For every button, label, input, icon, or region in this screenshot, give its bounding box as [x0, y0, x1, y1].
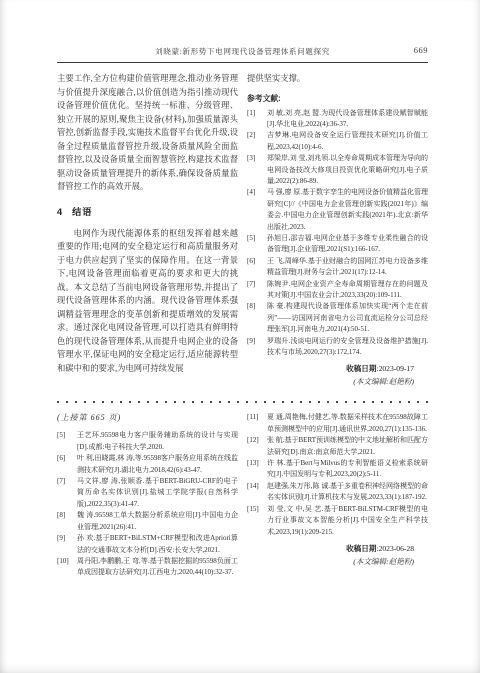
page-number: 669: [414, 45, 428, 55]
reference-item: [9]孙 欢.基于BERT+BiLSTM+CRF模型和改进Apriori算法的交…: [57, 533, 238, 556]
reference-item: [14]赵建强,朱万彤,陈 诚.基于多重卷积神经网络模型的命名实体识别[J].计…: [247, 481, 428, 504]
reference-item: [8]魏 涛.95598工单大数据分析系统应用[J].中国电力企业管理,2021…: [57, 510, 238, 533]
reference-item: [7]陈婉尹.电网企业资产全寿命周期管理存在的问题及其对策[J].中国农业会计,…: [247, 279, 428, 302]
journal-page: 刘晓蒙:新形势下电网现代设备管理体系问题探究 669 主要工作,全方位构建价值管…: [0, 0, 480, 673]
received-label: 收稿日期: [346, 544, 376, 553]
received-date-line: 收稿日期:2023-06-28: [247, 542, 414, 555]
continued-note: (上接第 665 页): [57, 412, 238, 423]
continued-right-column: [11]夏 通,周艳梅,付健艺,等.数据采样技术在95598故障工单预测模型中的…: [247, 412, 428, 578]
reference-id: [10]: [57, 556, 77, 579]
reference-item: [15]刘 莹,文 中,吴 艺.基于BERT-BiLSTM-CRF模型的电力行业…: [247, 504, 428, 538]
received-block-continued: 收稿日期:2023-06-28 (本文编辑:赵艳粉): [247, 542, 428, 568]
reference-text: 孙旭日,邵吉福.电网企业基于多维专业柔性融合的设备管理[J].企业管理,2021…: [267, 233, 428, 256]
reference-id: [13]: [247, 458, 267, 481]
reference-item: [3]郑梁岸,刘 莹,刘兆领.以全寿命周期成本管理为导向的电网设备技改大修项目投…: [247, 153, 428, 187]
running-head: 刘晓蒙:新形势下电网现代设备管理体系问题探究 669: [57, 46, 428, 58]
page-content: 刘晓蒙:新形势下电网现代设备管理体系问题探究 669 主要工作,全方位构建价值管…: [57, 46, 428, 579]
reference-text: 王 飞,周峰华.基于业财融合的国网江苏电力设备多维精益管理[J].财务与会计,2…: [267, 256, 428, 279]
reference-text: 陈 豪.构建现代设备管理体系加快实现“两个走在前列”——访国网河南省电力公司直流…: [267, 301, 428, 335]
reference-id: [6]: [57, 453, 77, 476]
reference-text: 孙 欢.基于BERT+BiLSTM+CRF模型和改进Apriori算法的交通事故…: [77, 533, 238, 556]
section-title: 结语: [72, 207, 92, 217]
reference-id: [15]: [247, 504, 267, 538]
reference-text: 王艺环.95598电力客户服务辅助系统的设计与实现[D].成都:电子科技大学,2…: [77, 430, 238, 453]
reference-item: [6]王 飞,周峰华.基于业财融合的国网江苏电力设备多维精益管理[J].财务与会…: [247, 256, 428, 279]
reference-text: 马 强,廖 原.基于数字孪生的电网设备价值精益化管理研究[C]//《中国电力企业…: [267, 187, 428, 233]
article-columns: 主要工作,全方位构建价值管理理念,推动业务管理与价值提升深度融合,以价值创造为指…: [57, 72, 428, 388]
reference-text: 许 林.基于Bert与Milvus的专利智能语义检索系统研究[J].中国发明与专…: [267, 458, 428, 481]
article-right-column: 提供坚实支撑。 参考文献: [1]刘 敏,刘 亮,赵 盟.为现代设备管理体系建设…: [247, 72, 428, 388]
reference-text: 陈婉尹.电网企业资产全寿命周期管理存在的问题及其对策[J].中国农业会计,202…: [267, 279, 428, 302]
reference-item: [11]夏 通,周艳梅,付健艺,等.数据采样技术在95598故障工单预测模型中的…: [247, 412, 428, 435]
reference-item: [9]罗瑞升.浅谈电网运行的安全管理及设备维护措施[J].技术与市场,2020,…: [247, 336, 428, 359]
reference-item: [13]许 林.基于Bert与Milvus的专利智能语义检索系统研究[J].中国…: [247, 458, 428, 481]
received-block-main: 收稿日期:2023-09-17 (本文编辑:赵艳粉): [247, 362, 428, 388]
references-continued-left: [5]王艺环.95598电力客户服务辅助系统的设计与实现[D].成都:电子科技大…: [57, 430, 238, 578]
reference-id: [5]: [247, 233, 267, 256]
continued-left-column: (上接第 665 页) [5]王艺环.95598电力客户服务辅助系统的设计与实现…: [57, 412, 238, 578]
reference-id: [2]: [247, 130, 267, 153]
reference-item: [4]马 强,廖 原.基于数字孪生的电网设备价值精益化管理研究[C]//《中国电…: [247, 187, 428, 233]
reference-item: [5]王艺环.95598电力客户服务辅助系统的设计与实现[D].成都:电子科技大…: [57, 430, 238, 453]
reference-text: 叶 利,田晓霞,林 涛,等.95598客户服务应用系统在线监测技术研究[J].湖…: [77, 453, 238, 476]
reference-item: [5]孙旭日,邵吉福.电网企业基于多维专业柔性融合的设备管理[J].企业管理,2…: [247, 233, 428, 256]
reference-id: [8]: [57, 510, 77, 533]
conclusion-paragraph-end: 提供坚实支撑。: [247, 72, 428, 86]
continued-columns: (上接第 665 页) [5]王艺环.95598电力客户服务辅助系统的设计与实现…: [57, 412, 428, 578]
reference-text: 郑梁岸,刘 莹,刘兆领.以全寿命周期成本管理为导向的电网设备技改大修项目投资优化…: [267, 153, 428, 187]
reference-text: 刘 莹,文 中,吴 艺.基于BERT-BiLSTM-CRF模型的电力行业事故文本…: [267, 504, 428, 538]
references-continued-right: [11]夏 通,周艳梅,付健艺,等.数据采样技术在95598故障工单预测模型中的…: [247, 412, 428, 537]
reference-text: 吉梦琳.电网设备安全运行管理技术研究[J].价值工程,2023,42(10):4…: [267, 130, 428, 153]
reference-id: [3]: [247, 153, 267, 187]
reference-text: 罗瑞升.浅谈电网运行的安全管理及设备维护措施[J].技术与市场,2020,27(…: [267, 336, 428, 359]
section-heading: 4结语: [57, 204, 238, 218]
received-label: 收稿日期: [346, 364, 376, 373]
running-head-title: 刘晓蒙:新形势下电网现代设备管理体系问题探究: [57, 46, 428, 57]
reference-id: [14]: [247, 481, 267, 504]
reference-id: [7]: [247, 279, 267, 302]
reference-text: 刘 敏,刘 亮,赵 盟.为现代设备管理体系建设赋智赋能[J].华北电业,2022…: [267, 108, 428, 131]
reference-item: [6]叶 利,田晓霞,林 涛,等.95598客户服务应用系统在线监测技术研究[J…: [57, 453, 238, 476]
reference-id: [7]: [57, 476, 77, 510]
reference-id: [9]: [247, 336, 267, 359]
reference-text: 马文祥,廖 涛,张顺香.基于BERT-BiGRU-CRF的电子简历命名实体识别[…: [77, 476, 238, 510]
reference-text: 魏 涛.95598工单大数据分析系统应用[J].中国电力企业管理,2021(26…: [77, 510, 238, 533]
editor-note: (本文编辑:赵艳粉): [247, 555, 414, 568]
reference-text: 张 航.基于BERT预训练模型的中文地址解析和匹配方法研究[D].南京:南京师范…: [267, 435, 428, 458]
reference-text: 周丹阳,李鹏鹏,王 弯,等.基于数据挖掘的95598负面工单成因提取方法研究[J…: [77, 556, 238, 579]
reference-id: [6]: [247, 256, 267, 279]
reference-item: [10]周丹阳,李鹏鹏,王 弯,等.基于数据挖掘的95598负面工单成因提取方法…: [57, 556, 238, 579]
reference-id: [1]: [247, 108, 267, 131]
received-date-line: 收稿日期:2023-09-17: [247, 362, 414, 375]
article-left-column: 主要工作,全方位构建价值管理理念,推动业务管理与价值提升深度融合,以价值创造为指…: [57, 72, 238, 388]
reference-id: [12]: [247, 435, 267, 458]
reference-id: [11]: [247, 412, 267, 435]
reference-id: [4]: [247, 187, 267, 233]
reference-item: [2]吉梦琳.电网设备安全运行管理技术研究[J].价值工程,2023,42(10…: [247, 130, 428, 153]
reference-item: [7]马文祥,廖 涛,张顺香.基于BERT-BiGRU-CRF的电子简历命名实体…: [57, 476, 238, 510]
reference-item: [1]刘 敏,刘 亮,赵 盟.为现代设备管理体系建设赋智赋能[J].华北电业,2…: [247, 108, 428, 131]
reference-item: [8]陈 豪.构建现代设备管理体系加快实现“两个走在前列”——访国网河南省电力公…: [247, 301, 428, 335]
header-rule: [57, 62, 428, 63]
references-title: 参考文献:: [247, 93, 428, 104]
reference-id: [9]: [57, 533, 77, 556]
reference-item: [12]张 航.基于BERT预训练模型的中文地址解析和匹配方法研究[D].南京:…: [247, 435, 428, 458]
reference-id: [5]: [57, 430, 77, 453]
editor-note: (本文编辑:赵艳粉): [247, 375, 414, 388]
received-date: 2023-06-28: [379, 544, 414, 553]
reference-text: 赵建强,朱万彤,陈 诚.基于多重卷积神经网络模型的命名实体识别[J].计算机技术…: [267, 481, 428, 504]
continuation-paragraph: 主要工作,全方位构建价值管理理念,推动业务管理与价值提升深度融合,以价值创造为指…: [57, 72, 238, 194]
reference-text: 夏 通,周艳梅,付健艺,等.数据采样技术在95598故障工单预测模型中的应用[J…: [267, 412, 428, 435]
received-date: 2023-09-17: [379, 364, 414, 373]
section-number: 4: [57, 207, 63, 217]
conclusion-paragraph: 电网作为现代能源体系的枢纽发挥着越来越重要的作用;电网的安全稳定运行和高质量服务…: [57, 227, 238, 376]
references-main-list: [1]刘 敏,刘 亮,赵 盟.为现代设备管理体系建设赋智赋能[J].华北电业,2…: [247, 108, 428, 359]
dotted-separator: [57, 401, 428, 403]
reference-id: [8]: [247, 301, 267, 335]
